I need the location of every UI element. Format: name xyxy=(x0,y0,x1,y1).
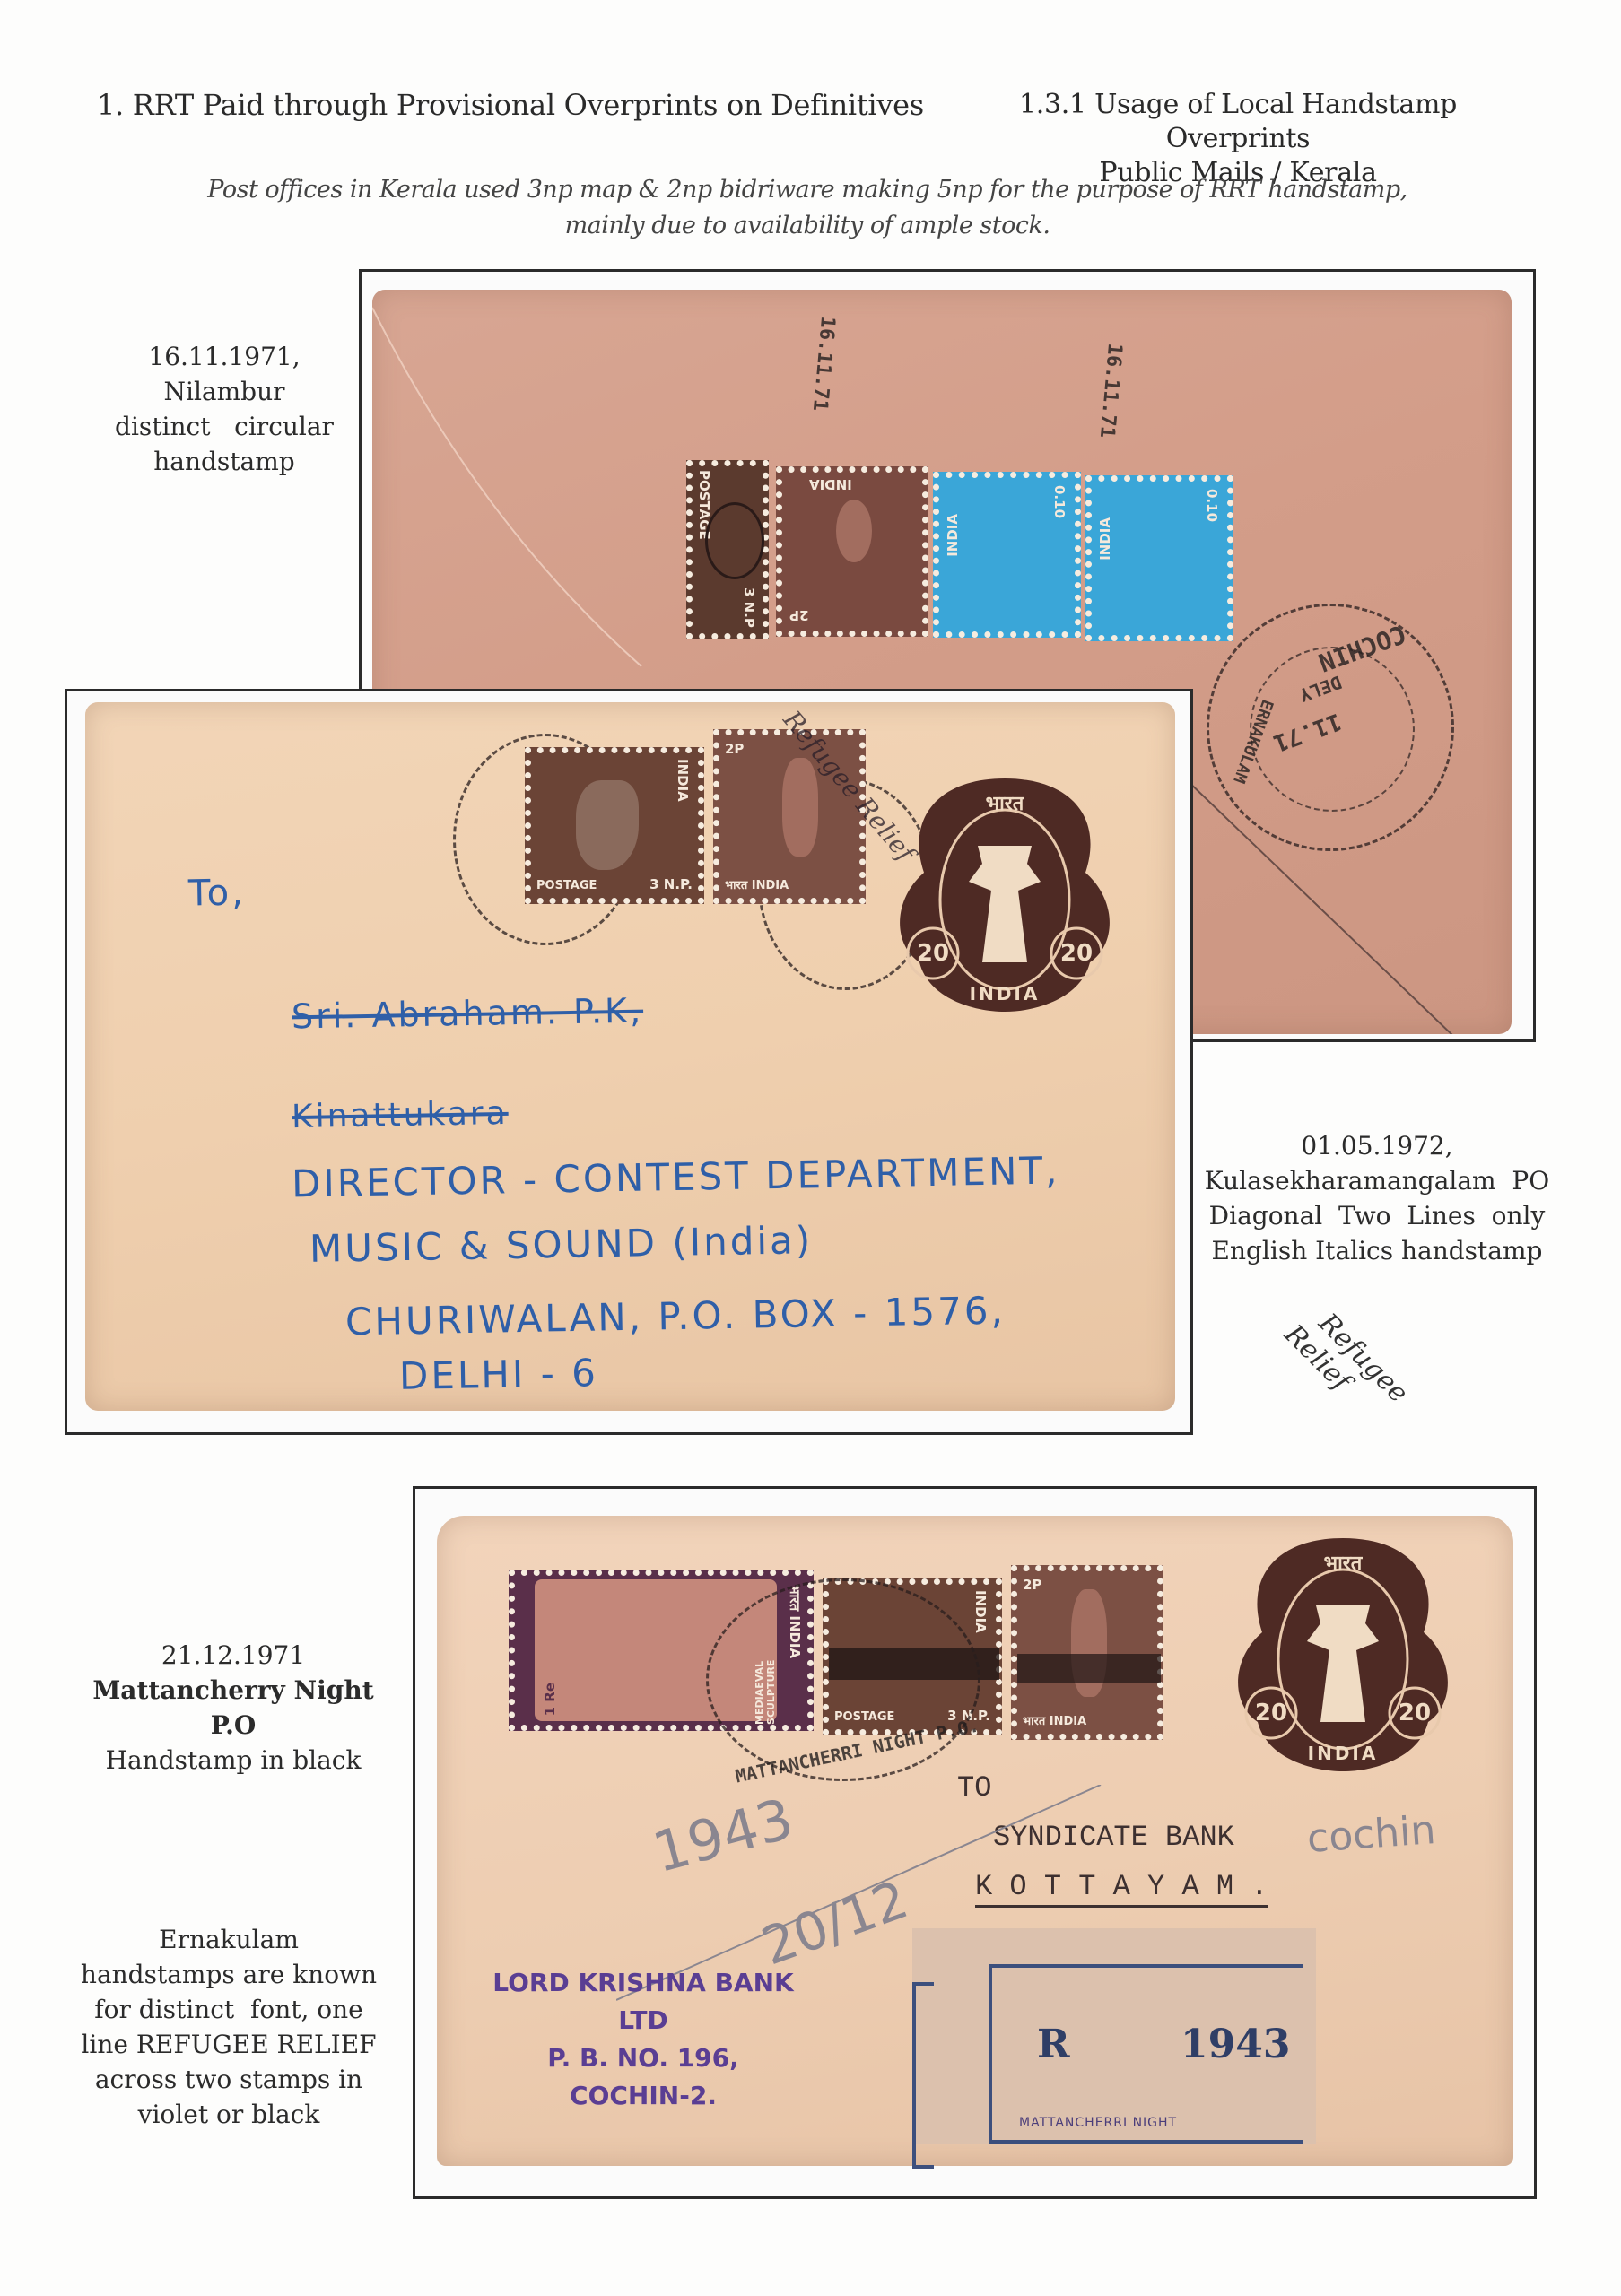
india-map-image xyxy=(576,780,639,870)
note-date: 16.11.1971, xyxy=(99,339,350,374)
note-line: Ernakulam xyxy=(63,1922,395,1957)
postmark-cochin: COCHIN DELY 11.71 ERNAKULAM xyxy=(1207,604,1454,851)
note-line: handstamps are known xyxy=(63,1957,395,1992)
svg-text:20: 20 xyxy=(1399,1700,1431,1726)
refugee-relief-specimen: Refugee Relief xyxy=(1277,1296,1414,1432)
svg-text:भारत: भारत xyxy=(1324,1552,1364,1575)
stamp-2np-bidriware: INDIA 2P xyxy=(776,466,928,637)
postmark-nilambur xyxy=(705,502,764,579)
note-nilambur: 16.11.1971, Nilambur distinct circular h… xyxy=(99,339,350,479)
note-line: across two stamps in xyxy=(63,2062,395,2097)
address-line-3: CHURIWALAN, P.O. BOX - 1576, xyxy=(345,1289,1007,1344)
note-line: violet or black xyxy=(63,2097,395,2132)
stamp-10p-locomotive: 0.10 INDIA xyxy=(1085,475,1233,641)
address-line-2: MUSIC & SOUND (India) xyxy=(309,1218,814,1271)
subsection-title: 1.3.1 Usage of Local Handstamp Overprint… xyxy=(951,88,1525,156)
note-line: line REFUGEE RELIEF xyxy=(63,2027,395,2062)
svg-text:भारत: भारत xyxy=(986,793,1025,815)
cover-mattancherry: भारत INDIA 1 Re MEDIAEVAL SCULPTURE INDI… xyxy=(437,1516,1513,2166)
address-line-4: DELHI - 6 xyxy=(399,1351,599,1398)
note-place: Nilambur xyxy=(99,374,350,409)
note-line: English Italics handstamp xyxy=(1198,1233,1556,1268)
address-annotation: cochin xyxy=(1305,1807,1437,1862)
note-kulasekharamangalam: 01.05.1972, Kulasekharamangalam PO Diago… xyxy=(1198,1128,1556,1268)
registration-label: R 1943 MATTANCHERRI NIGHT xyxy=(912,1928,1316,2144)
note-line: for distinct font, one xyxy=(63,1992,395,2027)
section-title: 1. RRT Paid through Provisional Overprin… xyxy=(97,88,924,122)
cover-kulasekharamangalam: INDIA POSTAGE 3 N.P. 2P भारत INDIA Refug… xyxy=(85,702,1175,1411)
note-line: handstamp xyxy=(99,444,350,479)
note-line: Diagonal Two Lines only xyxy=(1198,1198,1556,1233)
refugee-relief-overprint-bar xyxy=(1017,1654,1161,1683)
address-struck-place: Kinattukara xyxy=(292,1095,509,1135)
sender-cachet: LORD KRISHNA BANK LTD P. B. NO. 196, COC… xyxy=(464,1964,823,2115)
note-line: Handstamp in black xyxy=(72,1743,395,1778)
note-place: Kulasekharamangalam PO xyxy=(1198,1163,1556,1198)
svg-text:INDIA: INDIA xyxy=(970,983,1041,1004)
intro-line-2: mainly due to availability of ample stoc… xyxy=(179,208,1435,244)
stamp-10p-locomotive: 0.10 INDIA xyxy=(933,472,1081,638)
note-mattancherry: 21.12.1971 Mattancherry Night P.O Handst… xyxy=(72,1638,395,1778)
note-date: 21.12.1971 xyxy=(72,1638,395,1673)
svg-text:20: 20 xyxy=(1060,940,1093,967)
registration-letter: R xyxy=(1037,2022,1070,2067)
embossed-lion-capital-stamp: 20 20 INDIA भारत xyxy=(893,774,1117,1016)
address-struck-name: Sri. Abraham. P.K, xyxy=(292,991,644,1037)
address-line-1: DIRECTOR - CONTEST DEPARTMENT, xyxy=(292,1149,1060,1206)
stamp-3np-map: POSTAGE 3 N.P xyxy=(686,460,769,639)
registration-office: MATTANCHERRI NIGHT xyxy=(1019,2116,1177,2130)
intro-text: Post offices in Kerala used 3np map & 2n… xyxy=(179,172,1435,244)
stamp-2np-bidriware: 2P भारत INDIA Refugee Relief xyxy=(713,729,866,904)
note-ernakulam: Ernakulam handstamps are known for disti… xyxy=(63,1922,395,2132)
intro-line-1: Post offices in Kerala used 3np map & 2n… xyxy=(179,172,1435,208)
embossed-lion-capital-stamp: 20 20 INDIA भारत xyxy=(1231,1534,1455,1776)
note-place: Mattancherry Night P.O xyxy=(72,1673,395,1743)
vase-image xyxy=(836,500,872,562)
stamp-2np-bidriware: 2P भारत INDIA xyxy=(1011,1565,1163,1740)
svg-text:20: 20 xyxy=(1255,1700,1287,1726)
address-salutation: To, xyxy=(188,872,247,914)
note-line: distinct circular xyxy=(99,409,350,444)
stamp-3np-map: INDIA POSTAGE 3 N.P. xyxy=(525,747,704,904)
registration-number: 1943 xyxy=(1181,2022,1290,2067)
vase-image xyxy=(782,758,818,857)
svg-text:20: 20 xyxy=(917,940,949,967)
note-date: 01.05.1972, xyxy=(1198,1128,1556,1163)
svg-text:INDIA: INDIA xyxy=(1308,1743,1379,1764)
